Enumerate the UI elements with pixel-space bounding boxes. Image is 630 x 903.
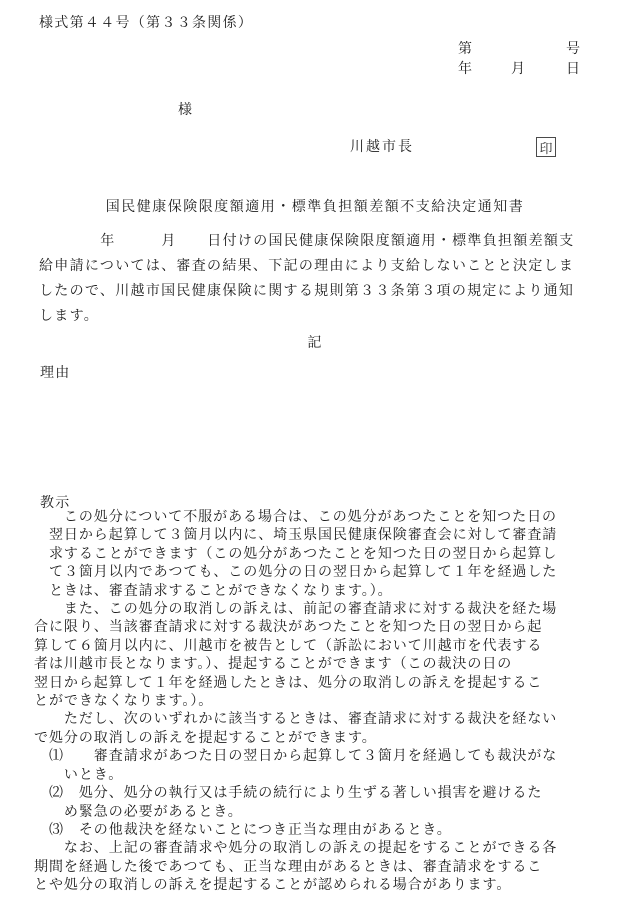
date-year-label: 年 [458, 61, 473, 79]
reason-label: 理由 [40, 365, 71, 383]
instructions-text: この処分について不服がある場合は、この処分があつたことを知つた日の 翌日から起算… [34, 509, 624, 896]
sender-name: 川越市長 [350, 139, 414, 157]
form-number: 様式第４４号（第３３条関係） [39, 15, 253, 33]
seal-character: 印 [539, 138, 552, 157]
seal-box: 印 [536, 137, 556, 157]
body-paragraph: 年 月 日付けの国民健康保険限度額適用・標準負担額差額支 給申請については、審査… [39, 229, 614, 329]
doc-number-suffix: 号 [566, 41, 581, 59]
doc-number-prefix: 第 [458, 41, 473, 59]
document-title: 国民健康保険限度額適用・標準負担額差額不支給決定通知書 [0, 196, 630, 216]
date-day-label: 日 [566, 61, 581, 79]
date-month-label: 月 [511, 61, 526, 79]
document-page: 様式第４４号（第３３条関係） 第 号 年 月 日 様 川越市長 印 国民健康保険… [0, 0, 630, 903]
addressee-suffix: 様 [178, 102, 193, 120]
ki-separator: 記 [0, 332, 630, 352]
